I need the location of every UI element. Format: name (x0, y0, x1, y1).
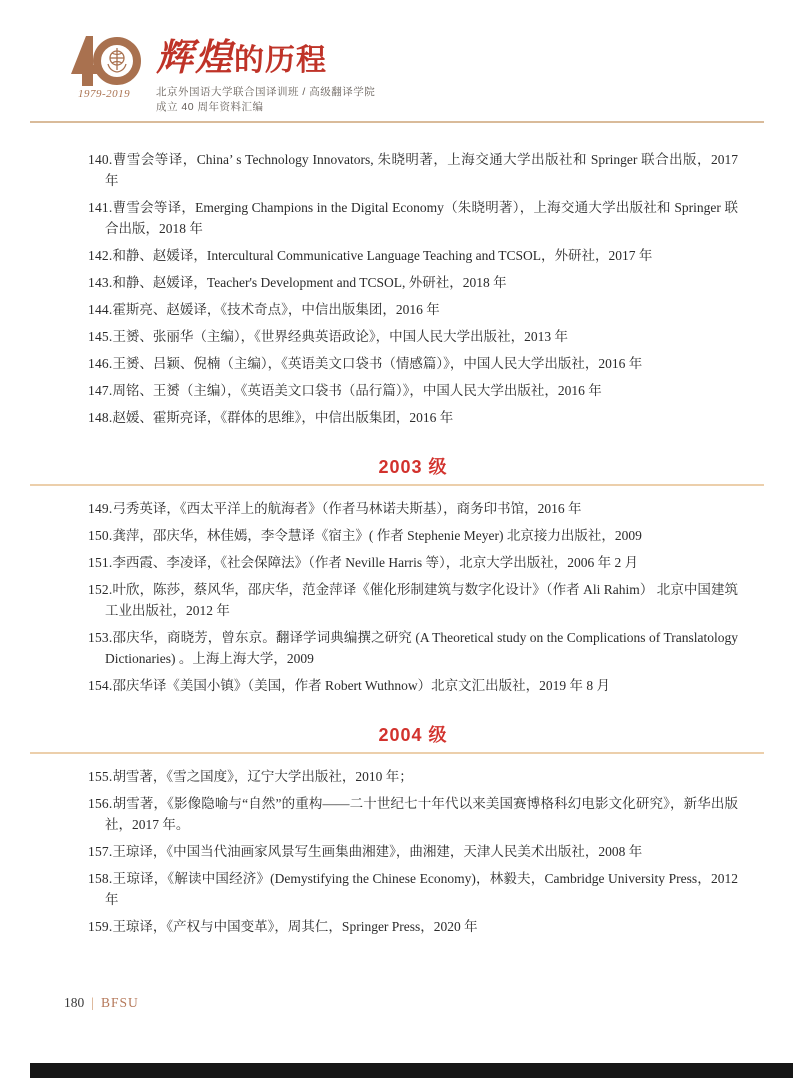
entry-text: 赵媛、霍斯亮译，《群体的思维》，中信出版集团，2016 年 (112, 410, 453, 425)
list-item: 143.和静、赵媛译，Teacher's Development and TCS… (88, 272, 738, 293)
entry-number: 158. (88, 871, 112, 886)
section-divider (30, 752, 764, 754)
list-item: 150.龚萍，邵庆华，林佳嫣，李令慧译《宿主》( 作者 Stephenie Me… (88, 525, 738, 546)
logo-years: 1979-2019 (78, 88, 130, 100)
page-footer: 180|BFSU (64, 995, 139, 1011)
entry-text: 和静、赵媛译，Intercultural Communicative Langu… (112, 248, 652, 263)
entry-number: 159. (88, 919, 112, 934)
entry-text: 霍斯亮、赵媛译，《技术奇点》，中信出版集团，2016 年 (112, 302, 439, 317)
entry-text: 叶欣，陈莎，蔡风华，邵庆华，范金萍译《催化形制建筑与数字化设计》（作者 Ali … (105, 582, 738, 618)
entry-number: 153. (88, 630, 112, 645)
header-title-block: 辉煌的历程 北京外国语大学联合国译训班 / 高级翻译学院 成立 40 周年资料汇… (156, 34, 375, 115)
list-item: 144.霍斯亮、赵媛译，《技术奇点》，中信出版集团，2016 年 (88, 299, 738, 320)
section-heading: 2003 级 (88, 453, 738, 479)
entry-text: 李西霞、李凌译，《社会保障法》（作者 Neville Harris 等），北京大… (112, 555, 638, 570)
list-item: 157.王琼译，《中国当代油画家风景写生画集曲湘建》，曲湘建，天津人民美术出版社… (88, 841, 738, 862)
entry-number: 141. (88, 200, 112, 215)
section-heading: 2004 级 (88, 721, 738, 747)
list-item: 148.赵媛、霍斯亮译，《群体的思维》，中信出版集团，2016 年 (88, 407, 738, 428)
entry-number: 142. (88, 248, 112, 263)
entry-number: 146. (88, 356, 112, 371)
header-divider (30, 121, 764, 123)
list-item: 152.叶欣，陈莎，蔡风华，邵庆华，范金萍译《催化形制建筑与数字化设计》（作者 … (88, 579, 738, 621)
anniversary-logo: 1979-2019 (62, 34, 146, 100)
entry-number: 147. (88, 383, 112, 398)
section-divider (30, 484, 764, 486)
entry-number: 143. (88, 275, 112, 290)
entry-number: 151. (88, 555, 112, 570)
entry-number: 149. (88, 501, 112, 516)
entry-number: 152. (88, 582, 112, 597)
list-item: 151.李西霞、李凌译，《社会保障法》（作者 Neville Harris 等）… (88, 552, 738, 573)
entry-text: 胡雪著，《雪之国度》，辽宁大学出版社，2010 年； (112, 769, 412, 784)
entry-text: 王琼译，《解读中国经济》(Demystifying the Chinese Ec… (105, 871, 738, 907)
entry-number: 154. (88, 678, 112, 693)
entry-number: 150. (88, 528, 112, 543)
footer-brand: BFSU (101, 995, 139, 1010)
entry-text: 胡雪著，《影像隐喻与“自然”的重构——二十世纪七十年代以来美国赛博格科幻电影文化… (105, 796, 738, 832)
list-item: 147.周铭、王赟（主编），《英语美文口袋书（品行篇）》，中国人民大学出版社，2… (88, 380, 738, 401)
list-item: 156.胡雪著，《影像隐喻与“自然”的重构——二十世纪七十年代以来美国赛博格科幻… (88, 793, 738, 835)
entry-number: 148. (88, 410, 112, 425)
header-subtitle-line2: 成立 40 周年资料汇编 (156, 100, 375, 115)
entry-number: 140. (88, 152, 112, 167)
list-item: 159.王琼译，《产权与中国变革》，周其仁，Springer Press，202… (88, 916, 738, 937)
entry-text: 曹雪会等译，China’ s Technology Innovators, 朱晓… (105, 152, 738, 188)
entry-text: 王赟、张丽华（主编），《世界经典英语政论》，中国人民大学出版社，2013 年 (112, 329, 568, 344)
entry-text: 龚萍，邵庆华，林佳嫣，李令慧译《宿主》( 作者 Stephenie Meyer)… (112, 528, 641, 543)
header-subtitle-line1: 北京外国语大学联合国译训班 / 高级翻译学院 (156, 85, 375, 100)
entry-text: 曹雪会等译，Emerging Champions in the Digital … (105, 200, 738, 236)
list-item: 141.曹雪会等译，Emerging Champions in the Digi… (88, 197, 738, 239)
list-item: 153.邵庆华，商晓芳，曾东京。翻译学词典编撰之研究 (A Theoretica… (88, 627, 738, 669)
entry-text: 王赟、吕颖、倪楠（主编），《英语美文口袋书（情感篇）》，中国人民大学出版社，20… (112, 356, 642, 371)
entry-text: 王琼译，《中国当代油画家风景写生画集曲湘建》，曲湘建，天津人民美术出版社，200… (112, 844, 642, 859)
list-item: 146.王赟、吕颖、倪楠（主编），《英语美文口袋书（情感篇）》，中国人民大学出版… (88, 353, 738, 374)
title-calligraphy: 辉煌 (156, 38, 234, 79)
entry-text: 邵庆华译《美国小镇》（美国，作者 Robert Wuthnow）北京文汇出版社，… (112, 678, 610, 693)
entry-number: 144. (88, 302, 112, 317)
entry-number: 156. (88, 796, 112, 811)
footer-separator: | (91, 995, 94, 1010)
entry-text: 弓秀英译，《西太平洋上的航海者》（作者马林诺夫斯基），商务印书馆，2016 年 (112, 501, 581, 516)
entry-text: 邵庆华，商晓芳，曾东京。翻译学词典编撰之研究 (A Theoretical st… (105, 630, 738, 666)
entry-number: 145. (88, 329, 112, 344)
entry-number: 157. (88, 844, 112, 859)
list-item: 149.弓秀英译，《西太平洋上的航海者》（作者马林诺夫斯基），商务印书馆，201… (88, 498, 738, 519)
list-item: 142.和静、赵媛译，Intercultural Communicative L… (88, 245, 738, 266)
list-item: 155.胡雪著，《雪之国度》，辽宁大学出版社，2010 年； (88, 766, 738, 787)
list-item: 154.邵庆华译《美国小镇》（美国，作者 Robert Wuthnow）北京文汇… (88, 675, 738, 696)
globe-emblem-icon (108, 48, 126, 72)
entry-text: 和静、赵媛译，Teacher's Development and TCSOL, … (112, 275, 506, 290)
list-item: 158.王琼译，《解读中国经济》(Demystifying the Chines… (88, 868, 738, 910)
entry-text: 王琼译，《产权与中国变革》，周其仁，Springer Press，2020 年 (112, 919, 477, 934)
list-item: 140.曹雪会等译，China’ s Technology Innovators… (88, 149, 738, 191)
page-header: 1979-2019 辉煌的历程 北京外国语大学联合国译训班 / 高级翻译学院 成… (0, 0, 794, 114)
entry-number: 155. (88, 769, 112, 784)
bottom-black-bar (30, 1063, 793, 1078)
list-item: 145.王赟、张丽华（主编），《世界经典英语政论》，中国人民大学出版社，2013… (88, 326, 738, 347)
entry-text: 周铭、王赟（主编），《英语美文口袋书（品行篇）》，中国人民大学出版社，2016 … (112, 383, 601, 398)
document-page: 1979-2019 辉煌的历程 北京外国语大学联合国译训班 / 高级翻译学院 成… (0, 0, 794, 1078)
page-number: 180 (64, 995, 84, 1010)
publication-list: 140.曹雪会等译，China’ s Technology Innovators… (88, 149, 738, 937)
title-rest: 的历程 (234, 44, 327, 77)
page-title: 辉煌的历程 (156, 40, 375, 85)
